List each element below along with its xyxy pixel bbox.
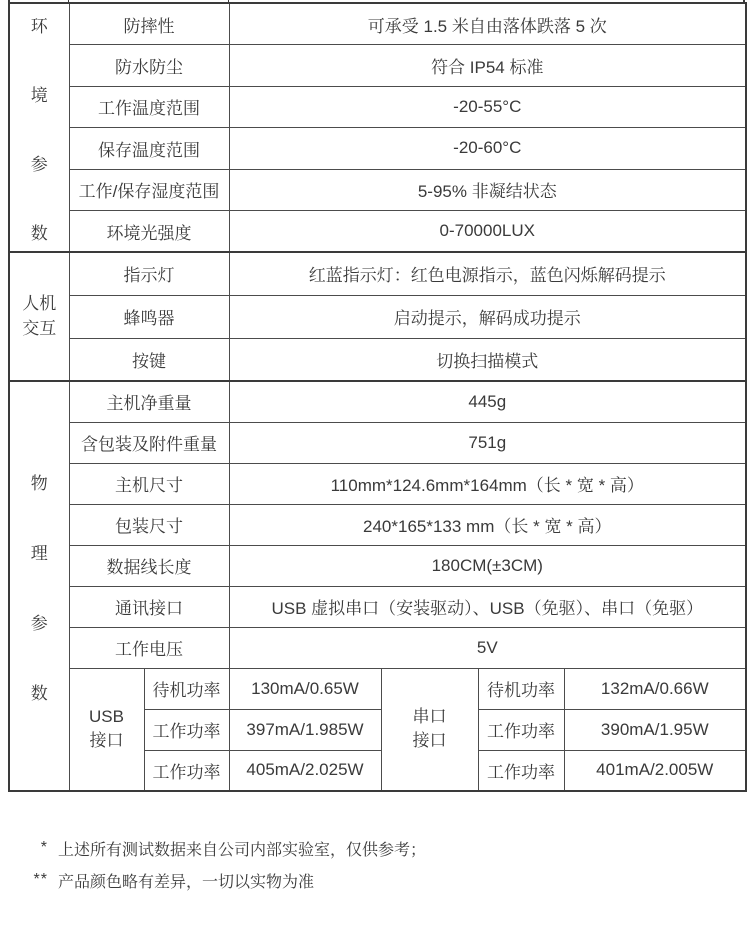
power-value-cell: 397mA/1.985W xyxy=(229,709,381,750)
spec-value-cell: 445g xyxy=(229,381,746,422)
title-line: 串口 xyxy=(385,705,475,730)
spec-value-cell: 红蓝指示灯：红色电源指示，蓝色闪烁解码提示 xyxy=(229,252,746,295)
title-char: 参 xyxy=(31,150,48,175)
footnote-marker: * xyxy=(22,839,48,857)
title-char: 环 xyxy=(31,12,48,37)
title-char: 参 xyxy=(31,609,48,634)
table-row: 防水防尘 符合 IP54 标准 xyxy=(9,45,746,87)
spec-label-cell: 工作/保存湿度范围 xyxy=(69,169,229,211)
spec-value-cell: 可承受 1.5 米自由落体跌落 5 次 xyxy=(229,3,746,45)
title-char: 数 xyxy=(31,219,48,244)
power-label-cell: 工作功率 xyxy=(478,709,564,750)
two-line-title: USB 接口 xyxy=(73,705,141,754)
footnote-marker: ** xyxy=(22,871,48,889)
section-physical: 物 理 参 数 主机净重量 445g 含包装及附件重量 751g 主机尺寸 11… xyxy=(9,381,746,791)
spec-label-cell: 工作温度范围 xyxy=(69,86,229,128)
title-char: 物 xyxy=(31,469,48,494)
section-title-physical: 物 理 参 数 xyxy=(9,381,69,791)
spec-label-cell: 防水防尘 xyxy=(69,45,229,87)
spec-value-cell: 5V xyxy=(229,627,746,668)
table-row: 环 境 参 数 防摔性 可承受 1.5 米自由落体跌落 5 次 xyxy=(9,3,746,45)
section-human-machine: 人机 交互 指示灯 红蓝指示灯：红色电源指示，蓝色闪烁解码提示 蜂鸣器 启动提示… xyxy=(9,252,746,381)
table-row: 主机尺寸 110mm*124.6mm*164mm（长 * 宽 * 高） xyxy=(9,463,746,504)
table-row: 蜂鸣器 启动提示，解码成功提示 xyxy=(9,295,746,338)
title-char: 理 xyxy=(31,539,48,564)
table-row: 包装尺寸 240*165*133 mm（长 * 宽 * 高） xyxy=(9,504,746,545)
two-line-title: 人机 交互 xyxy=(13,292,66,341)
spec-table: 环 境 参 数 防摔性 可承受 1.5 米自由落体跌落 5 次 防水防尘 符合 … xyxy=(8,2,747,792)
spec-label-cell: 蜂鸣器 xyxy=(69,295,229,338)
spec-label-cell: 环境光强度 xyxy=(69,211,229,253)
spec-value-cell: 240*165*133 mm（长 * 宽 * 高） xyxy=(229,504,746,545)
spec-value-cell: -20-55°C xyxy=(229,86,746,128)
table-row: 工作温度范围 -20-55°C xyxy=(9,86,746,128)
spec-label-cell: 主机净重量 xyxy=(69,381,229,422)
table-row-power: USB 接口 待机功率 130mA/0.65W 串口 接口 待机功率 132mA… xyxy=(9,668,746,709)
serial-port-header-cell: 串口 接口 xyxy=(381,668,478,791)
spec-value-cell: -20-60°C xyxy=(229,128,746,170)
section-title-environment: 环 境 参 数 xyxy=(9,3,69,252)
power-value-cell: 401mA/2.005W xyxy=(564,750,746,791)
spec-value-cell: USB 虚拟串口（安装驱动）、USB（免驱）、串口（免驱） xyxy=(229,586,746,627)
table-row: 按键 切换扫描模式 xyxy=(9,338,746,381)
section-environment: 环 境 参 数 防摔性 可承受 1.5 米自由落体跌落 5 次 防水防尘 符合 … xyxy=(9,3,746,252)
vertical-title: 物 理 参 数 xyxy=(13,386,66,786)
table-row: 含包装及附件重量 751g xyxy=(9,422,746,463)
spec-label-cell: 防摔性 xyxy=(69,3,229,45)
table-row: 保存温度范围 -20-60°C xyxy=(9,128,746,170)
spec-label-cell: 包装尺寸 xyxy=(69,504,229,545)
spec-sheet-page: 环 境 参 数 防摔性 可承受 1.5 米自由落体跌落 5 次 防水防尘 符合 … xyxy=(0,0,750,944)
spec-label-cell: 含包装及附件重量 xyxy=(69,422,229,463)
spec-value-cell: 启动提示，解码成功提示 xyxy=(229,295,746,338)
usb-port-header-cell: USB 接口 xyxy=(69,668,144,791)
vertical-title: 环 境 参 数 xyxy=(13,8,66,248)
spec-label-cell: 通讯接口 xyxy=(69,586,229,627)
footnotes: * 上述所有测试数据来自公司内部实验室，仅供参考； ** 产品颜色略有差异，一切… xyxy=(22,832,426,896)
power-label-cell: 待机功率 xyxy=(144,668,229,709)
power-label-cell: 待机功率 xyxy=(478,668,564,709)
spec-value-cell: 5-95% 非凝结状态 xyxy=(229,169,746,211)
spec-label-cell: 主机尺寸 xyxy=(69,463,229,504)
spec-label-cell: 按键 xyxy=(69,338,229,381)
spec-label-cell: 指示灯 xyxy=(69,252,229,295)
spec-value-cell: 0-70000LUX xyxy=(229,211,746,253)
power-label-cell: 工作功率 xyxy=(144,750,229,791)
title-line: USB xyxy=(73,705,141,730)
footnote-text: 产品颜色略有差异，一切以实物为准 xyxy=(58,869,314,892)
spec-value-cell: 符合 IP54 标准 xyxy=(229,45,746,87)
table-row: 工作电压 5V xyxy=(9,627,746,668)
title-char: 境 xyxy=(31,81,48,106)
table-row: 人机 交互 指示灯 红蓝指示灯：红色电源指示，蓝色闪烁解码提示 xyxy=(9,252,746,295)
section-title-human-machine: 人机 交互 xyxy=(9,252,69,381)
table-row: 物 理 参 数 主机净重量 445g xyxy=(9,381,746,422)
title-line: 接口 xyxy=(73,729,141,754)
title-line: 人机 xyxy=(13,292,66,317)
power-value-cell: 130mA/0.65W xyxy=(229,668,381,709)
spec-label-cell: 工作电压 xyxy=(69,627,229,668)
title-line: 接口 xyxy=(385,729,475,754)
power-value-cell: 390mA/1.95W xyxy=(564,709,746,750)
spec-label-cell: 保存温度范围 xyxy=(69,128,229,170)
two-line-title: 串口 接口 xyxy=(385,705,475,754)
footnote: * 上述所有测试数据来自公司内部实验室，仅供参考； xyxy=(22,832,426,864)
spec-value-cell: 751g xyxy=(229,422,746,463)
power-value-cell: 405mA/2.025W xyxy=(229,750,381,791)
table-row: 工作/保存湿度范围 5-95% 非凝结状态 xyxy=(9,169,746,211)
power-label-cell: 工作功率 xyxy=(478,750,564,791)
spec-label-cell: 数据线长度 xyxy=(69,545,229,586)
title-line: 交互 xyxy=(13,317,66,342)
power-value-cell: 132mA/0.66W xyxy=(564,668,746,709)
footnote-text: 上述所有测试数据来自公司内部实验室，仅供参考； xyxy=(58,837,426,860)
spec-value-cell: 180CM(±3CM) xyxy=(229,545,746,586)
table-row: 环境光强度 0-70000LUX xyxy=(9,211,746,253)
title-char: 数 xyxy=(31,679,48,704)
footnote: ** 产品颜色略有差异，一切以实物为准 xyxy=(22,864,426,896)
spec-value-cell: 切换扫描模式 xyxy=(229,338,746,381)
spec-value-cell: 110mm*124.6mm*164mm（长 * 宽 * 高） xyxy=(229,463,746,504)
power-label-cell: 工作功率 xyxy=(144,709,229,750)
table-row: 数据线长度 180CM(±3CM) xyxy=(9,545,746,586)
table-row: 通讯接口 USB 虚拟串口（安装驱动）、USB（免驱）、串口（免驱） xyxy=(9,586,746,627)
